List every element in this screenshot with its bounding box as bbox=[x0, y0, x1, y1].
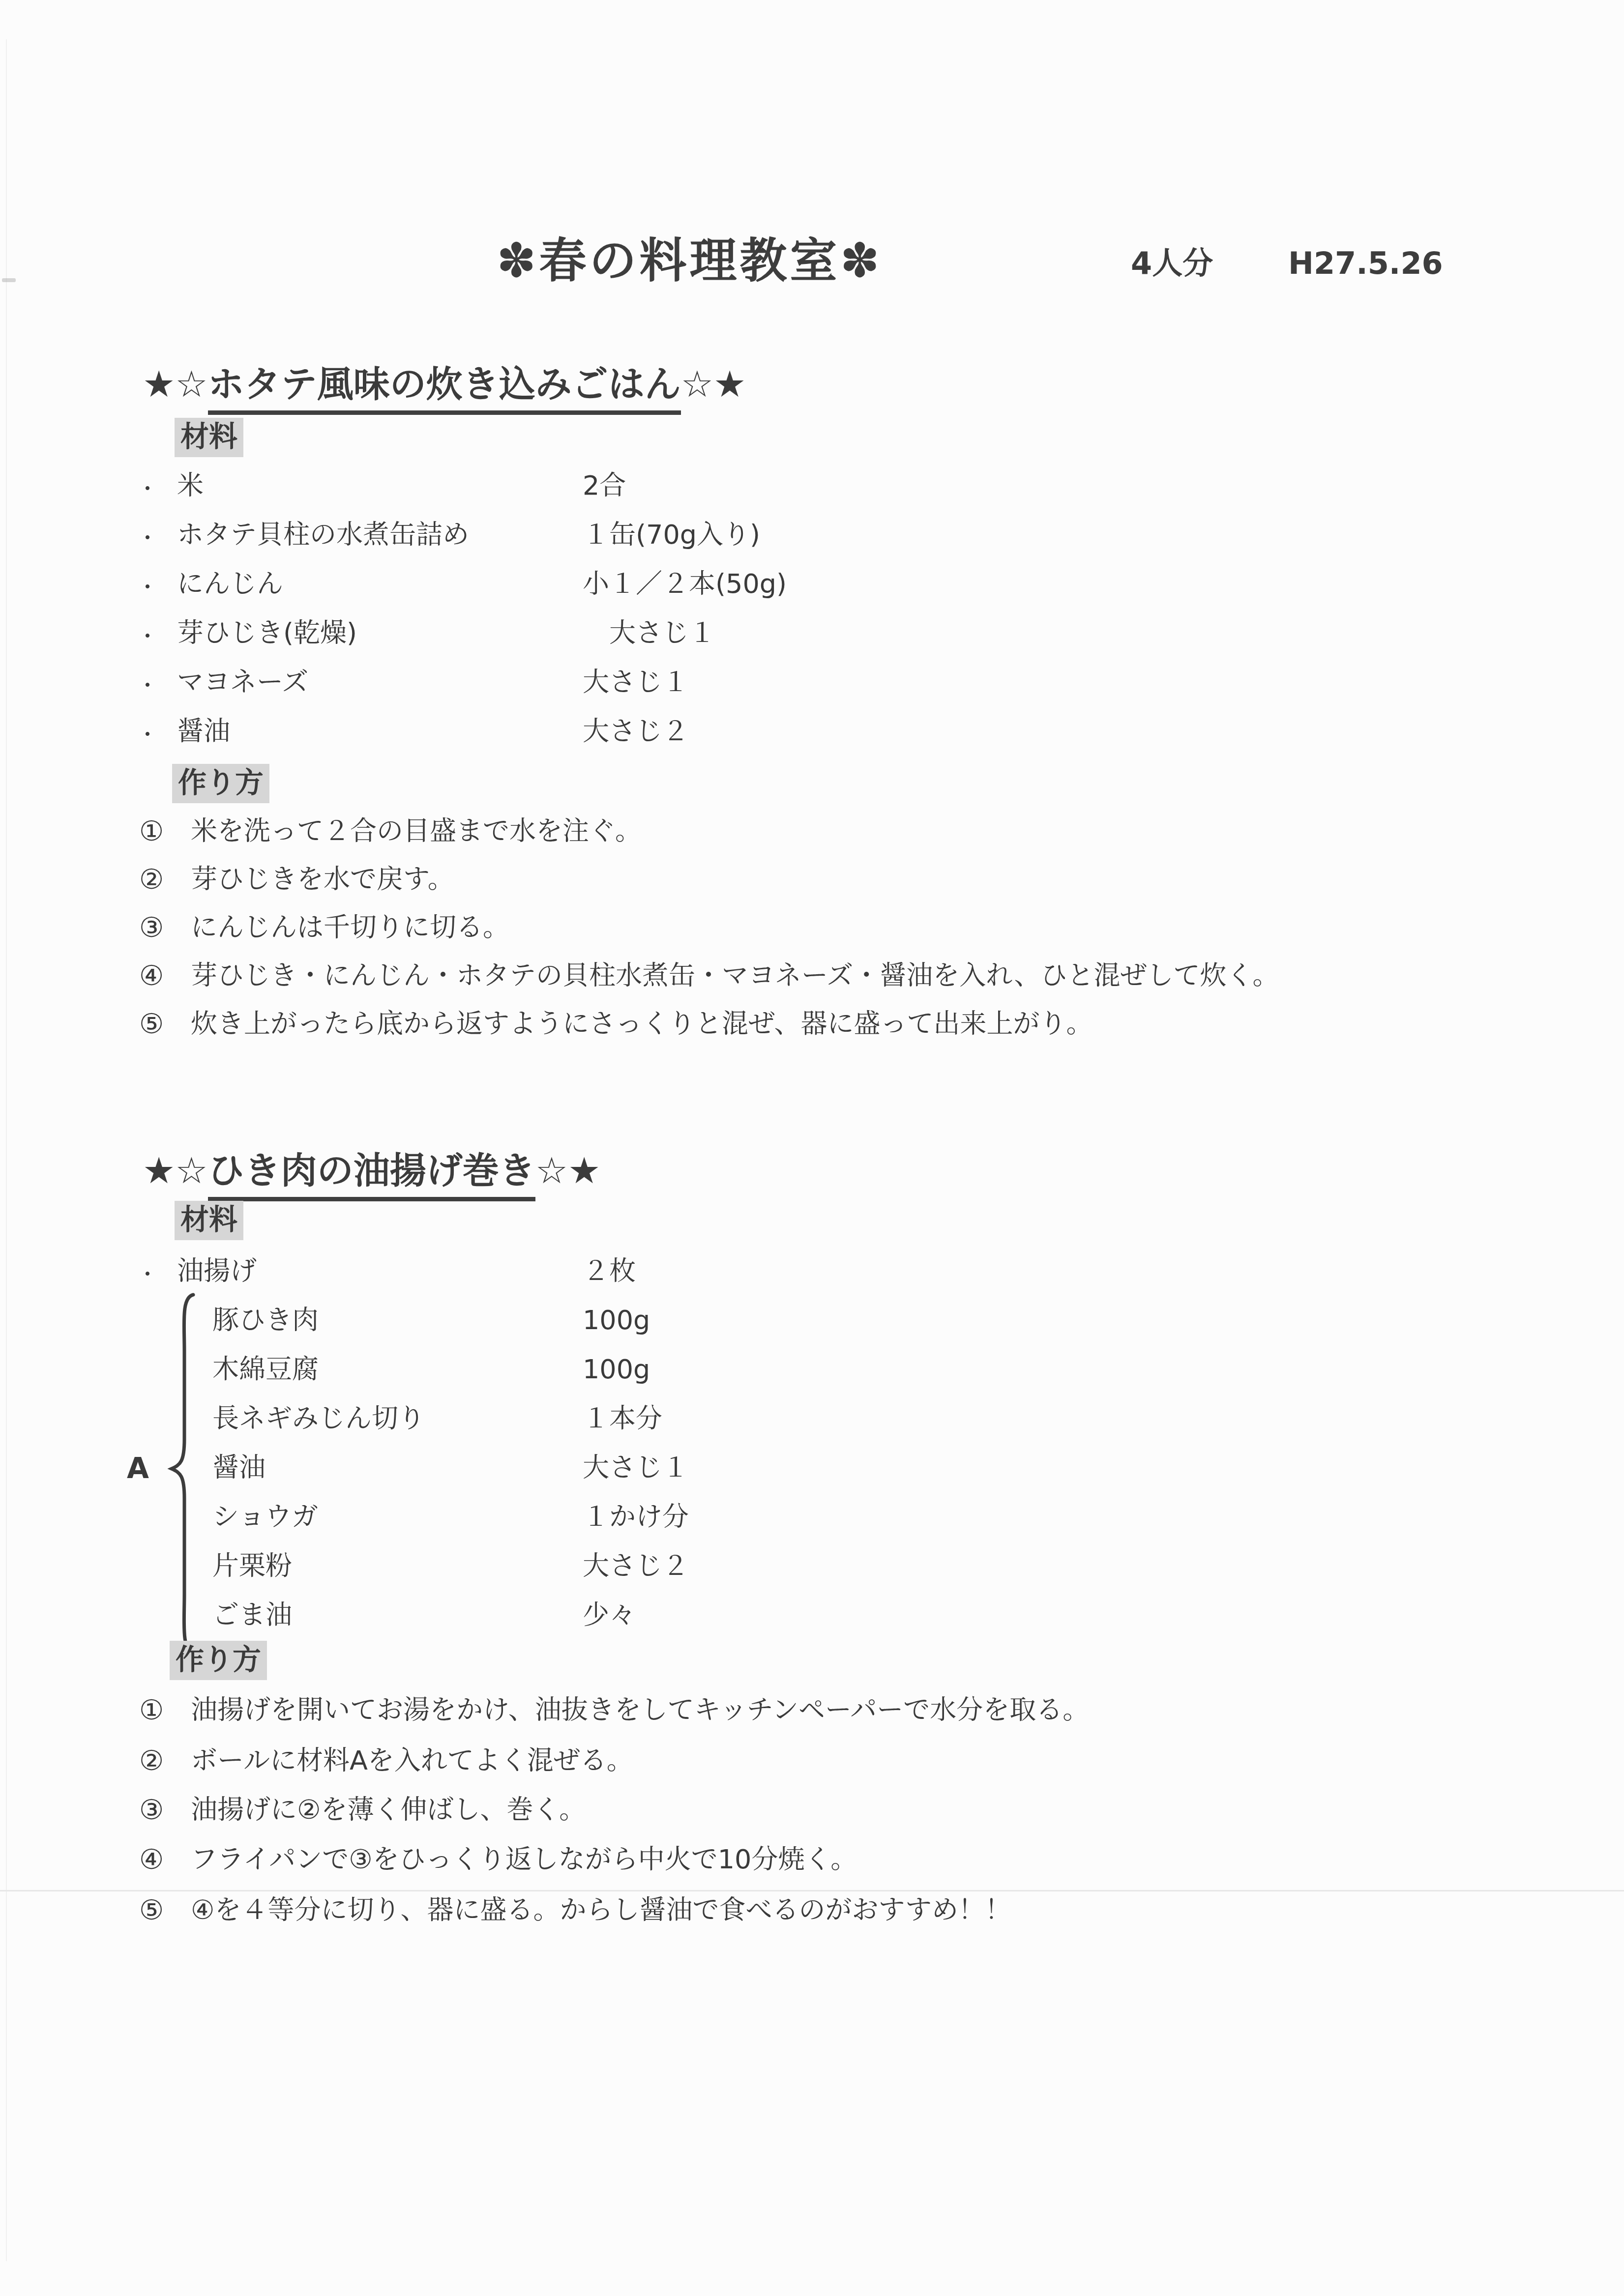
scan-faint-rule bbox=[0, 1890, 1624, 1891]
directions-label: 作り方 bbox=[170, 1641, 267, 1680]
recipe-2-heading: ★☆ひき肉の油揚げ巻き☆★ bbox=[143, 1153, 600, 1189]
ingredient-row: 木綿豆腐 100g bbox=[0, 1355, 1624, 1386]
recipe-2-title: ひき肉の油揚げ巻き bbox=[208, 1150, 535, 1201]
step-text: 米を洗って２合の目盛まで水を注ぐ。 bbox=[191, 816, 642, 846]
step-text: フライパンで③をひっくり返しながら中火で10分焼く。 bbox=[191, 1844, 857, 1875]
step-number: ⑤ bbox=[139, 1895, 164, 1926]
heading-star-prefix: ★☆ bbox=[143, 1150, 208, 1192]
ingredient-name: 長ネギみじん切り bbox=[212, 1404, 425, 1433]
recipe-1-title: ホタテ風味の炊き込みごはん bbox=[208, 363, 681, 415]
ingredient-qty: １かけ分 bbox=[583, 1502, 689, 1531]
step-number: ① bbox=[139, 1695, 164, 1726]
scanned-recipe-page: ✽春の料理教室✽ 4人分 H27.5.26 ★☆ホタテ風味の炊き込みごはん☆★ … bbox=[0, 0, 1624, 2296]
scan-smudge bbox=[2, 278, 16, 282]
ingredient-row: ・ 芽ひじき(乾燥) 大さじ１ bbox=[0, 618, 1624, 650]
step-number: ② bbox=[139, 864, 164, 896]
step-number: ⑤ bbox=[139, 1009, 164, 1040]
ingredient-bullet: ・ bbox=[137, 1263, 158, 1287]
ingredient-row: 豚ひき肉 100g bbox=[0, 1306, 1624, 1337]
step-row: ④ 芽ひじき・にんじん・ホタテの貝柱水煮缶・マヨネーズ・醤油を入れ、ひと混ぜして… bbox=[0, 960, 1624, 992]
recipe-1-heading: ★☆ホタテ風味の炊き込みごはん☆★ bbox=[143, 366, 746, 403]
ingredient-qty: 100g bbox=[583, 1306, 650, 1335]
step-number: ① bbox=[139, 816, 164, 847]
step-number: ③ bbox=[139, 912, 164, 944]
step-row: ⑤ ④を４等分に切り、器に盛る。からし醤油で食べるのがおすすめ！！ bbox=[0, 1895, 1624, 1926]
ingredient-name: 片栗粉 bbox=[212, 1551, 292, 1580]
step-text: にんじんは千切りに切る。 bbox=[191, 912, 509, 943]
ingredient-qty: 大さじ１ bbox=[583, 618, 715, 647]
ingredient-qty: 大さじ２ bbox=[583, 1551, 689, 1580]
heading-star-prefix: ★☆ bbox=[143, 363, 208, 406]
ingredient-bullet: ・ bbox=[137, 625, 158, 649]
step-number: ④ bbox=[139, 1844, 164, 1876]
step-text: 芽ひじき・にんじん・ホタテの貝柱水煮缶・マヨネーズ・醤油を入れ、ひと混ぜして炊く… bbox=[191, 960, 1279, 991]
ingredient-name: マヨネーズ bbox=[177, 668, 308, 697]
ingredient-bullet: ・ bbox=[137, 674, 158, 698]
ingredient-name: 油揚げ bbox=[177, 1256, 257, 1285]
ingredient-row: 片栗粉 大さじ２ bbox=[0, 1551, 1624, 1583]
ingredient-qty: 大さじ１ bbox=[583, 668, 689, 697]
ingredient-name: ショウガ bbox=[212, 1502, 318, 1531]
ingredients-label: 材料 bbox=[175, 418, 243, 457]
ingredient-name: 木綿豆腐 bbox=[212, 1355, 319, 1384]
step-number: ③ bbox=[139, 1795, 164, 1826]
servings-label: 4人分 bbox=[1131, 248, 1213, 279]
ingredient-bullet: ・ bbox=[137, 478, 158, 501]
ingredient-qty: １本分 bbox=[583, 1404, 662, 1433]
ingredient-qty: 大さじ２ bbox=[583, 717, 689, 746]
step-text: 油揚げに②を薄く伸ばし、巻く。 bbox=[191, 1795, 586, 1825]
heading-star-suffix: ☆★ bbox=[535, 1150, 601, 1192]
step-row: ② 芽ひじきを水で戻す。 bbox=[0, 864, 1624, 896]
ingredient-row: ・ にんじん 小１／２本(50g) bbox=[0, 569, 1624, 601]
step-row: ① 米を洗って２合の目盛まで水を注ぐ。 bbox=[0, 816, 1624, 847]
step-row: ③ にんじんは千切りに切る。 bbox=[0, 912, 1624, 944]
step-number: ② bbox=[139, 1745, 164, 1777]
ingredient-name: 米 bbox=[177, 471, 204, 500]
scan-edge-line bbox=[6, 39, 7, 2261]
step-row: ② ボールに材料Aを入れてよく混ぜる。 bbox=[0, 1745, 1624, 1777]
step-row: ⑤ 炊き上がったら底から返すようにさっくりと混ぜ、器に盛って出来上がり。 bbox=[0, 1009, 1624, 1040]
step-text: ④を４等分に切り、器に盛る。からし醤油で食べるのがおすすめ！！ bbox=[191, 1895, 1011, 1925]
ingredient-name: ホタテ貝柱の水煮缶詰め bbox=[177, 520, 469, 549]
ingredient-qty: 少々 bbox=[583, 1600, 636, 1629]
ingredient-name: 芽ひじき(乾燥) bbox=[177, 618, 357, 647]
step-text: 芽ひじきを水で戻す。 bbox=[191, 864, 454, 895]
ingredient-qty: 大さじ１ bbox=[583, 1453, 689, 1482]
ingredient-row: 長ネギみじん切り １本分 bbox=[0, 1404, 1624, 1435]
step-row: ① 油揚げを開いてお湯をかけ、油抜きをしてキッチンペーパーで水分を取る。 bbox=[0, 1695, 1624, 1726]
ingredient-row: ・ 油揚げ ２枚 bbox=[0, 1256, 1624, 1288]
directions-label: 作り方 bbox=[172, 764, 269, 803]
step-row: ④ フライパンで③をひっくり返しながら中火で10分焼く。 bbox=[0, 1844, 1624, 1876]
ingredient-name: ごま油 bbox=[212, 1600, 292, 1629]
ingredient-qty: 100g bbox=[583, 1355, 650, 1384]
step-text: ボールに材料Aを入れてよく混ぜる。 bbox=[191, 1745, 633, 1776]
heading-star-suffix: ☆★ bbox=[681, 363, 746, 406]
ingredient-row: ごま油 少々 bbox=[0, 1600, 1624, 1632]
ingredient-row: ショウガ １かけ分 bbox=[0, 1502, 1624, 1534]
ingredient-name: 豚ひき肉 bbox=[212, 1306, 319, 1335]
step-row: ③ 油揚げに②を薄く伸ばし、巻く。 bbox=[0, 1795, 1624, 1826]
ingredient-row: ・ マヨネーズ 大さじ１ bbox=[0, 668, 1624, 699]
ingredient-name: 醤油 bbox=[212, 1453, 266, 1482]
ingredient-bullet: ・ bbox=[137, 576, 158, 600]
ingredient-bullet: ・ bbox=[137, 527, 158, 551]
date-label: H27.5.26 bbox=[1288, 248, 1443, 279]
ingredient-row: ・ 米 2合 bbox=[0, 471, 1624, 502]
step-number: ④ bbox=[139, 960, 164, 992]
ingredient-row: ・ 醤油 大さじ２ bbox=[0, 717, 1624, 748]
ingredient-row: 醤油 大さじ１ bbox=[0, 1453, 1624, 1484]
ingredient-qty: １缶(70g入り) bbox=[583, 520, 760, 549]
step-text: 油揚げを開いてお湯をかけ、油抜きをしてキッチンペーパーで水分を取る。 bbox=[191, 1695, 1089, 1725]
page-title: ✽春の料理教室✽ bbox=[497, 237, 883, 284]
step-text: 炊き上がったら底から返すようにさっくりと混ぜ、器に盛って出来上がり。 bbox=[191, 1009, 1093, 1039]
ingredient-row: ・ ホタテ貝柱の水煮缶詰め １缶(70g入り) bbox=[0, 520, 1624, 552]
ingredient-name: 醤油 bbox=[177, 717, 230, 746]
ingredients-label: 材料 bbox=[175, 1201, 243, 1240]
ingredient-qty: 2合 bbox=[583, 471, 626, 500]
ingredient-bullet: ・ bbox=[137, 724, 158, 747]
ingredient-qty: ２枚 bbox=[583, 1256, 636, 1285]
ingredient-qty: 小１／２本(50g) bbox=[583, 569, 787, 598]
ingredient-name: にんじん bbox=[177, 569, 283, 598]
